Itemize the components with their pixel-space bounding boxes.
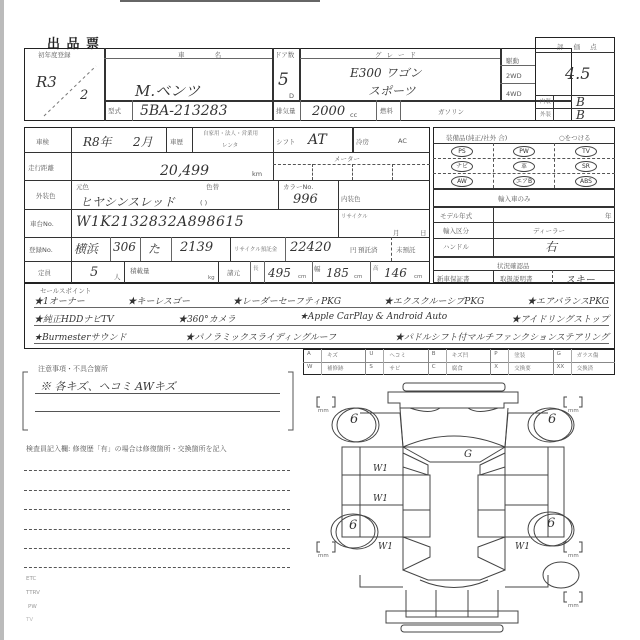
warranty-label: 新車保証書: [437, 274, 470, 283]
legend-code: P: [494, 351, 497, 357]
model-year-unit: 年: [605, 211, 612, 220]
sales-points-line: ★純正HDDナビTV★360°カメラ★Apple CarPlay & Andro…: [34, 312, 609, 326]
inspector-label: 検査員記入欄: 修復歴「有」の場合は修復箇所・交換箇所を記入: [26, 444, 227, 454]
inspection-year: R8年: [83, 133, 112, 150]
import-type: ディーラー: [533, 226, 565, 235]
mark-glass: G: [464, 449, 472, 460]
score: 4.5: [565, 64, 590, 83]
drive-4wd[interactable]: 4WD: [506, 90, 522, 98]
color-no: 996: [293, 192, 318, 207]
legend-meaning: サビ: [389, 364, 400, 372]
inspection-month: 2月: [133, 133, 153, 150]
legend-meaning: キズ凹: [452, 351, 468, 359]
plate-class: 306: [113, 240, 136, 254]
legend-meaning: 交換済: [577, 364, 594, 372]
plate-region: 横浜: [74, 240, 98, 257]
footer-f3: PW: [28, 604, 37, 610]
notes-line1: ※ 各キズ、ヘコミ AWキズ: [40, 378, 176, 394]
doors: 5: [278, 70, 289, 90]
manual-label: 取扱説明書: [500, 274, 533, 283]
exterior-grade: B: [576, 108, 585, 122]
model-year-label: モデル年式: [440, 211, 472, 220]
mileage: 20,499: [160, 163, 209, 179]
sales-point-item: ★パドルシフト付マルチファンクションステアリング: [395, 330, 609, 343]
length-unit: cm: [298, 274, 306, 280]
legend-code: X: [494, 364, 498, 370]
plate-label: 登録No.: [29, 245, 53, 254]
color: ヒヤシンスレッド: [80, 193, 175, 210]
color-no-label: カラーNo.: [283, 182, 313, 191]
legend-meaning: 塗装: [514, 351, 525, 359]
doors-label: ドア数: [275, 50, 294, 59]
equipment-item[interactable]: エアB: [513, 176, 535, 187]
mm-fr: mm: [568, 408, 579, 414]
doors-unit: D: [289, 92, 294, 100]
history-label: 車歴: [170, 137, 183, 146]
legend-code: G: [557, 351, 561, 357]
model: 5BA-213283: [140, 103, 227, 119]
grade-line2: スポーツ: [368, 82, 416, 99]
date-slash: [40, 60, 100, 118]
legend-meaning: 交換要: [514, 364, 531, 372]
legend-meaning: キズ: [327, 351, 338, 359]
mileage-label: 走行距離: [28, 163, 54, 172]
sales-point-item: ★360°カメラ: [178, 312, 236, 325]
displacement-label: 排気量: [276, 106, 296, 115]
import-type-label: 輸入区分: [443, 226, 469, 235]
meter-label: メーター: [334, 154, 360, 163]
mm-spare: mm: [568, 603, 579, 609]
color-paren: ( ): [200, 199, 207, 207]
width-label: 幅: [314, 264, 321, 273]
grade-line1: E300 ワゴン: [350, 64, 421, 81]
capacity-label: 定員: [38, 268, 51, 277]
tire-rear-left: 6: [349, 518, 357, 533]
ac-label: 冷房: [356, 137, 369, 146]
ac: AC: [398, 137, 407, 145]
color-change-label: 色替: [206, 182, 219, 191]
tire-front-left: 6: [350, 412, 358, 427]
inspection-label: 車検: [36, 137, 49, 146]
legend-code: U: [369, 351, 373, 357]
fuel: ガソリン: [438, 107, 464, 116]
equipment-item[interactable]: TV: [575, 146, 597, 157]
mark-w1-a: W1: [373, 464, 388, 474]
scan-edge: [0, 0, 4, 640]
color-label: 外装色: [36, 191, 56, 200]
sales-point-item: ★1オーナー: [34, 294, 85, 307]
history-sub: レンタ: [222, 141, 238, 149]
fuel-label: 燃料: [380, 106, 393, 115]
recycle-fee-label: リサイクル預託金: [234, 245, 277, 253]
equipment-note: ○をつける: [559, 133, 591, 142]
mm-rr: mm: [568, 553, 579, 559]
recycle-month: 月: [393, 228, 400, 237]
mark-w1-c: W1: [378, 542, 393, 552]
sales-points-line: ★Burmesterサウンド★パノラミックスライディングルーフ★パドルシフト付マ…: [34, 330, 609, 344]
legend-code: C: [432, 364, 436, 370]
sales-point-item: ★キーレスゴー: [127, 294, 190, 307]
capacity: 5: [90, 265, 98, 280]
legend-meaning: 腐食: [452, 364, 463, 372]
legend-code: S: [369, 364, 373, 370]
interior-grade: B: [576, 95, 585, 109]
displacement-unit: cc: [350, 111, 357, 119]
handle: 右: [545, 238, 557, 255]
mark-w1-d: W1: [515, 542, 530, 552]
recycle-fee: 22420: [290, 240, 331, 255]
recycle-label: リサイクル: [341, 212, 368, 220]
width-unit: cm: [354, 274, 362, 280]
equipment-item[interactable]: SR: [575, 161, 597, 172]
recycle-fee-unit: 円: [350, 245, 357, 254]
length: 495: [268, 266, 291, 280]
chassis: W1K2132832A898615: [76, 214, 244, 230]
legend-code: XX: [557, 364, 565, 370]
equipment-header: 装備品(純正/社外 合): [446, 133, 507, 142]
handle-label: ハンドル: [443, 242, 469, 251]
docs-header: 状況確認品: [497, 261, 530, 270]
drive-label: 駆動: [506, 56, 519, 65]
equipment-item[interactable]: PS: [451, 146, 473, 157]
recycle-day: 日: [420, 228, 427, 237]
recycle-status1[interactable]: 預託済: [358, 245, 378, 254]
sales-point-item: ★エアバランスPKG: [527, 294, 609, 307]
sales-point-item: ★Burmesterサウンド: [34, 330, 127, 343]
interior-label: 内装: [540, 97, 551, 105]
sales-points-line: ★1オーナー★キーレスゴー★レーダーセーフティPKG★エクスクルーシブPKG★エ…: [34, 294, 609, 308]
height-unit: cm: [414, 274, 422, 280]
sales-point-item: ★Apple CarPlay & Android Auto: [300, 312, 447, 325]
mm-fl: mm: [318, 408, 329, 414]
legend-meaning: ガラス傷: [577, 351, 599, 359]
displacement: 2000: [312, 104, 345, 119]
equipment-item[interactable]: ナビ: [451, 161, 473, 172]
model-label: 型式: [108, 106, 121, 115]
equipment-item[interactable]: PW: [513, 146, 535, 157]
tire-front-right: 6: [548, 412, 556, 427]
equipment-item[interactable]: 革: [513, 161, 535, 172]
recycle-status2[interactable]: 未預託: [396, 245, 416, 254]
history-options: 自家用・法人・営業用: [203, 129, 258, 137]
drive-2wd[interactable]: 2WD: [506, 72, 522, 80]
sales-point-item: ★純正HDDナビTV: [34, 312, 114, 325]
footer-f2: TTRV: [26, 590, 40, 596]
shift-label: シフト: [276, 137, 296, 146]
width: 185: [326, 266, 349, 280]
height: 146: [384, 266, 407, 280]
tire-rear-right: 6: [547, 516, 555, 531]
car-name: M.ベンツ: [135, 80, 200, 101]
footer-f4: TV: [26, 617, 33, 623]
legend-meaning: ヘコミ: [389, 351, 406, 359]
legend-meaning: 補修跡: [327, 364, 344, 372]
reg-year-label: 初年度登録: [38, 50, 71, 59]
load-unit: kg: [208, 275, 215, 281]
shift: AT: [308, 132, 327, 148]
legend-code: B: [432, 351, 436, 357]
load-label: 積載量: [130, 266, 150, 275]
mileage-unit: km: [252, 170, 262, 178]
exterior-label: 外装: [540, 110, 551, 118]
height-label: 高: [373, 264, 379, 272]
original-color-label: 元色: [76, 182, 89, 191]
mark-w1-b: W1: [373, 494, 388, 504]
interior-color-label: 内装色: [341, 194, 361, 203]
equipment-item[interactable]: AW: [451, 176, 473, 187]
footer-f1: ETC: [26, 576, 36, 582]
sales-point-item: ★レーダーセーフティPKG: [233, 294, 341, 307]
score-label: 評 価 点: [557, 42, 601, 51]
capacity-unit: 人: [114, 272, 121, 281]
import-header: 輸入車のみ: [498, 194, 531, 203]
sales-point-item: ★エクスクルーシブPKG: [384, 294, 484, 307]
sales-point-item: ★パノラミックスライディングルーフ: [185, 330, 336, 343]
length-label: 長: [253, 264, 259, 272]
plate-kana: た: [148, 240, 160, 257]
mm-rl: mm: [318, 553, 329, 559]
chassis-label: 車台No.: [30, 219, 54, 228]
legend-code: A: [307, 351, 311, 357]
scan-edge-top: [120, 0, 320, 2]
plate-number: 2139: [180, 240, 213, 255]
legend-code: W: [307, 364, 312, 370]
equipment-item[interactable]: ABS: [575, 176, 597, 187]
size-label: 諸元: [227, 268, 240, 277]
sales-point-item: ★アイドリングストップ: [511, 312, 609, 325]
